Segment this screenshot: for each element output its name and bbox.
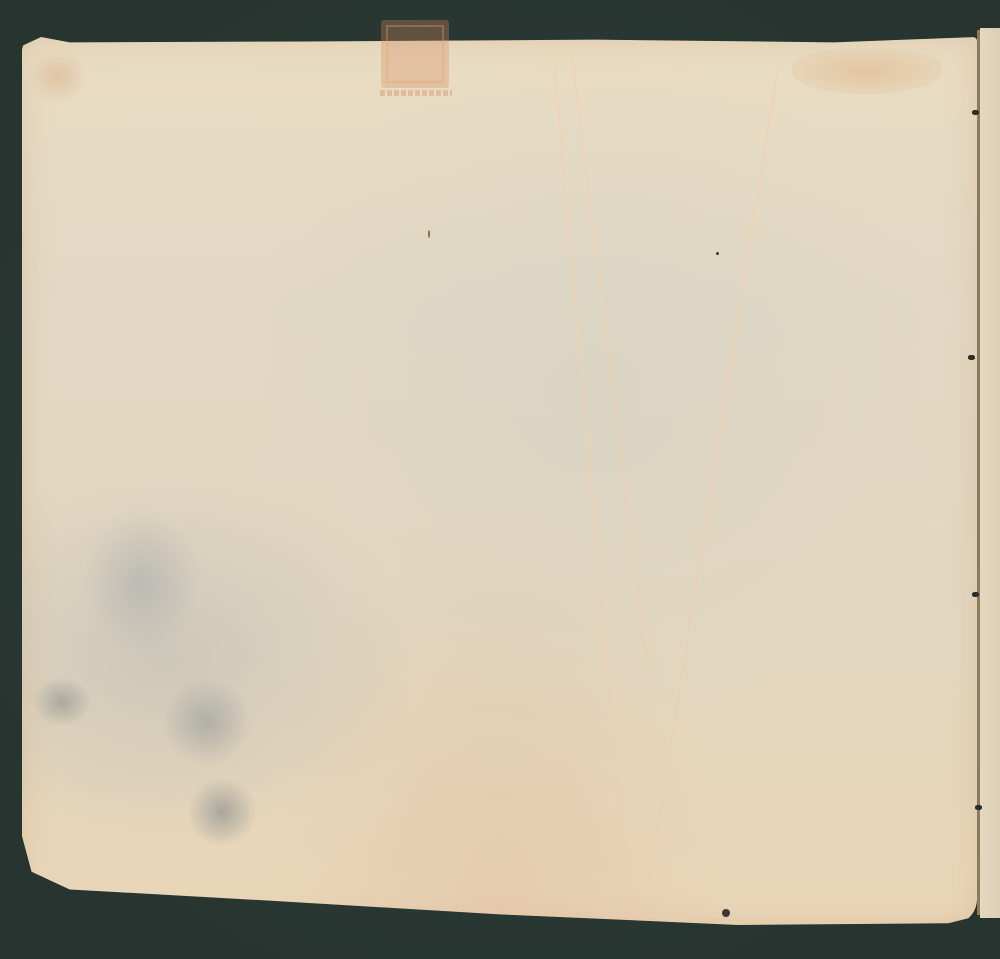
binding-hole <box>968 355 975 360</box>
ink-speck <box>722 909 730 917</box>
top-right-stain <box>792 49 942 94</box>
ink-speck <box>716 252 719 255</box>
paper-page <box>22 37 977 925</box>
crease-line <box>649 67 779 877</box>
stamp-border <box>386 25 444 83</box>
binding-hole <box>972 110 979 115</box>
binding-hole <box>975 805 982 810</box>
crease-line <box>570 47 648 663</box>
smudge <box>32 677 92 727</box>
library-stamp <box>381 20 449 88</box>
ink-speck <box>428 230 430 238</box>
binding-hole <box>972 592 979 597</box>
stamp-caption <box>380 90 452 96</box>
smudge <box>187 777 257 847</box>
adjacent-page-edge <box>980 28 1000 918</box>
smudge <box>162 677 252 767</box>
corner-stain <box>28 49 88 104</box>
binding-gutter <box>977 30 980 915</box>
crease-line <box>552 47 629 904</box>
smudge <box>82 507 202 657</box>
